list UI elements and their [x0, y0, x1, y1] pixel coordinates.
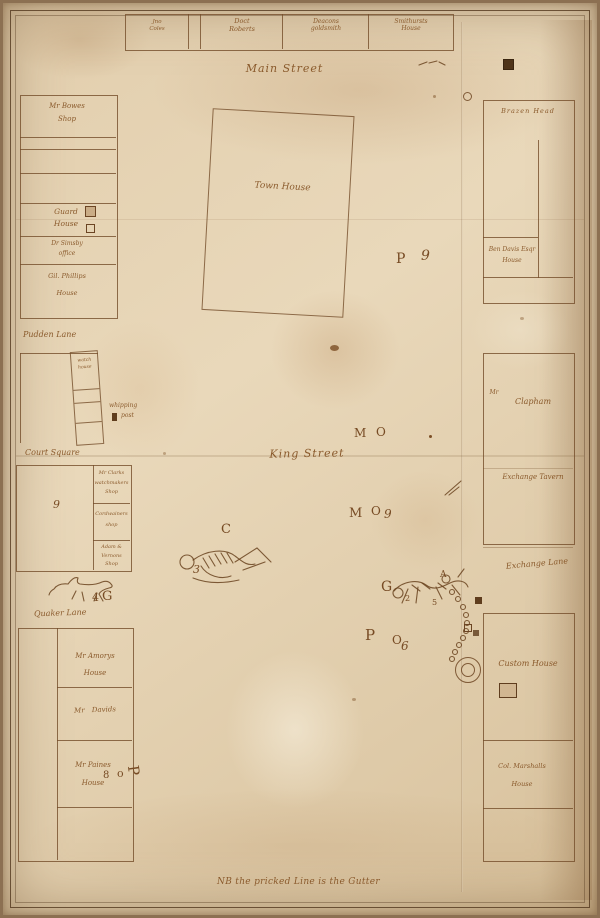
manuscript-map: Jno Coles Doct Roberts Deacons goldsmith… — [0, 0, 600, 918]
marker-square-icon — [503, 59, 514, 70]
fallen-figure-sketch — [173, 532, 285, 590]
building-label: Doct Roberts — [204, 18, 280, 34]
shed-label: watch house — [72, 357, 97, 372]
ink-line — [20, 203, 116, 204]
ink-line — [74, 401, 100, 404]
building-label: Jno Coles — [128, 19, 186, 32]
circle-mark-icon — [463, 92, 472, 101]
house-label: Clapham — [504, 397, 562, 407]
ink-line — [57, 687, 132, 688]
street-label-court-square: Court Square — [25, 448, 107, 458]
ink-line — [20, 149, 116, 150]
ink-dot — [433, 95, 436, 98]
right-middle-block — [483, 353, 575, 545]
ink-dot — [520, 317, 524, 320]
house-label: Ben Davis Esqr House — [484, 245, 540, 267]
ink-line — [73, 388, 99, 391]
shop-label: Cordwainers shop — [94, 509, 129, 531]
street-letter: M — [354, 427, 366, 439]
ink-line — [200, 14, 201, 49]
street-letter: P — [365, 628, 375, 643]
marker-square-icon — [475, 597, 482, 604]
musket-sketch — [443, 479, 463, 497]
street-letter: 9 — [384, 508, 392, 520]
whipping-post-label: whipping — [109, 402, 145, 409]
ink-line — [57, 807, 132, 808]
tavern-label: Exchange Tavern — [497, 473, 569, 481]
shop-label: Adam & Vernons Shop — [94, 543, 129, 569]
marker-square-icon — [86, 224, 95, 233]
street-letter: o — [117, 768, 124, 779]
ink-dot — [429, 435, 432, 438]
ink-line — [20, 173, 116, 174]
well-rings-mark — [461, 663, 475, 677]
post-icon — [112, 413, 117, 421]
house-label: Col. Marshalls House — [486, 757, 558, 793]
pen-scribble — [417, 57, 447, 69]
street-letter: P — [125, 764, 141, 776]
street-letter: 8 — [103, 771, 109, 781]
marker-square-icon — [473, 630, 479, 636]
ink-line — [188, 14, 189, 49]
ink-line — [483, 808, 573, 809]
ink-line — [93, 503, 130, 504]
ink-line — [20, 264, 116, 265]
map-note: NB the pricked Line is the Gutter — [206, 877, 391, 888]
ink-line — [20, 137, 116, 138]
ink-line — [57, 740, 132, 741]
ink-line — [20, 236, 116, 237]
ink-dot — [330, 345, 339, 351]
brazen-head-label: Brazen Head — [488, 108, 568, 116]
shop-label: Mr Clarks watchmakers Shop — [94, 469, 129, 498]
sentry-box-icon — [499, 683, 517, 698]
ink-line — [57, 628, 58, 860]
right-lower-block — [483, 613, 575, 862]
street-letter: 4 — [92, 592, 99, 603]
street-letter: 6 — [401, 640, 409, 652]
building-label: Dr Simsby office — [23, 239, 111, 259]
ink-dot — [163, 452, 166, 455]
house-label: Mr Amorys House — [60, 648, 130, 682]
building-label: Smithursts House — [372, 18, 450, 32]
ink-line — [483, 468, 573, 469]
street-letter: G — [102, 590, 112, 603]
ink-line — [483, 547, 573, 548]
house-label: Mr — [487, 389, 501, 396]
ink-mark: 9 — [53, 499, 60, 510]
ink-line — [20, 353, 21, 443]
building-label: Mr Bowes Shop — [24, 100, 110, 127]
street-letter: M — [349, 507, 362, 520]
building-label: Deacons goldsmith — [286, 18, 366, 32]
marker-square-icon — [464, 624, 472, 632]
town-house-outline — [201, 108, 354, 318]
marker-square-icon — [85, 206, 96, 217]
ink-line — [483, 237, 538, 238]
street-letter: O — [376, 426, 386, 438]
street-label-pudding-lane: Pudden Lane — [23, 330, 95, 340]
street-letter: 9 — [421, 249, 430, 263]
ink-dot — [352, 698, 356, 701]
ink-line — [76, 421, 102, 424]
whipping-post-label: post — [121, 412, 143, 419]
custom-house-label: Custom House — [490, 659, 566, 669]
ink-line — [483, 277, 573, 278]
street-letter: O — [371, 505, 381, 517]
street-letter: P — [396, 252, 405, 266]
ink-line — [93, 540, 130, 541]
street-label-main-street: Main Street — [232, 62, 337, 75]
right-upper-block — [483, 100, 575, 304]
ink-line — [368, 14, 369, 49]
ink-line — [483, 740, 573, 741]
ink-line — [282, 14, 283, 49]
building-label: Gil. Phillips House — [22, 268, 112, 302]
street-label-king-street: King Street — [247, 446, 367, 461]
